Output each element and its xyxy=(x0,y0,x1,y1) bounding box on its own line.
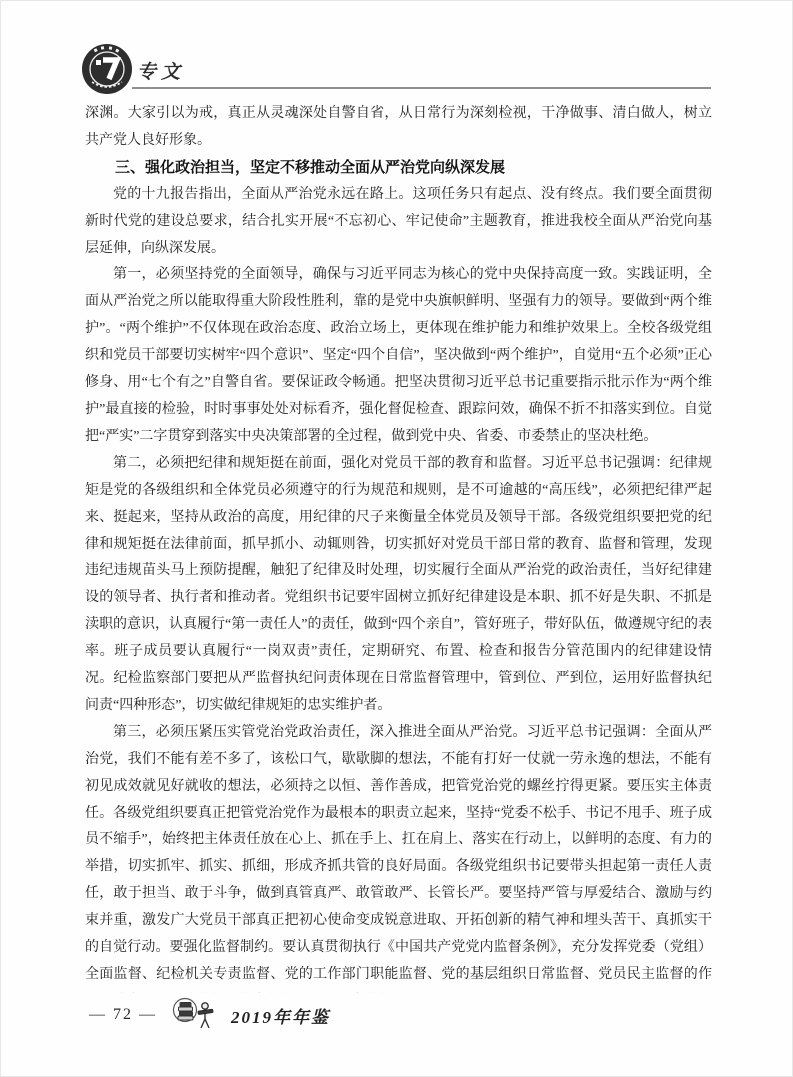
paragraph: 第一，必须坚持党的全面领导，确保与习近平同志为核心的党中央保持高度一致。实践证明… xyxy=(85,262,712,450)
paragraph: 第二，必须把纪律和规矩挺在前面，强化对党员干部的教育和监督。习近平总书记强调：纪… xyxy=(85,451,712,720)
document-page: 专文 深渊。大家引以为戒，真正从灵魂深处自警自省，从日常行为深刻检视，干净做事、… xyxy=(0,0,793,1077)
article-body: 深渊。大家引以为戒，真正从灵魂深处自警自省，从日常行为深刻检视，干净做事、清白做… xyxy=(85,101,712,993)
section-label: 专文 xyxy=(137,57,185,84)
header-rule xyxy=(132,87,711,89)
yearbook-label: 2019年年鉴 xyxy=(231,1003,330,1028)
page-number: — 72 — xyxy=(89,1006,157,1024)
section-heading: 三、强化政治担当，坚定不移推动全面从严治党向纵深发展 xyxy=(85,155,712,182)
paragraph: 第三，必须压紧压实管党治党政治责任，深入推进全面从严治党。习近平总书记强调：全面… xyxy=(85,720,712,993)
paragraph-continuation: 深渊。大家引以为戒，真正从灵魂深处自警自省，从日常行为深刻检视，干净做事、清白做… xyxy=(85,101,712,155)
yearbook-mascot-icon xyxy=(170,997,218,1033)
page-footer: — 72 — 2019年年鉴 xyxy=(89,997,330,1033)
paragraph: 党的十九报告指出，全面从严治党永远在路上。这项任务只有起点、没有终点。我们要全面… xyxy=(85,182,712,263)
university-seal-icon xyxy=(80,42,134,96)
